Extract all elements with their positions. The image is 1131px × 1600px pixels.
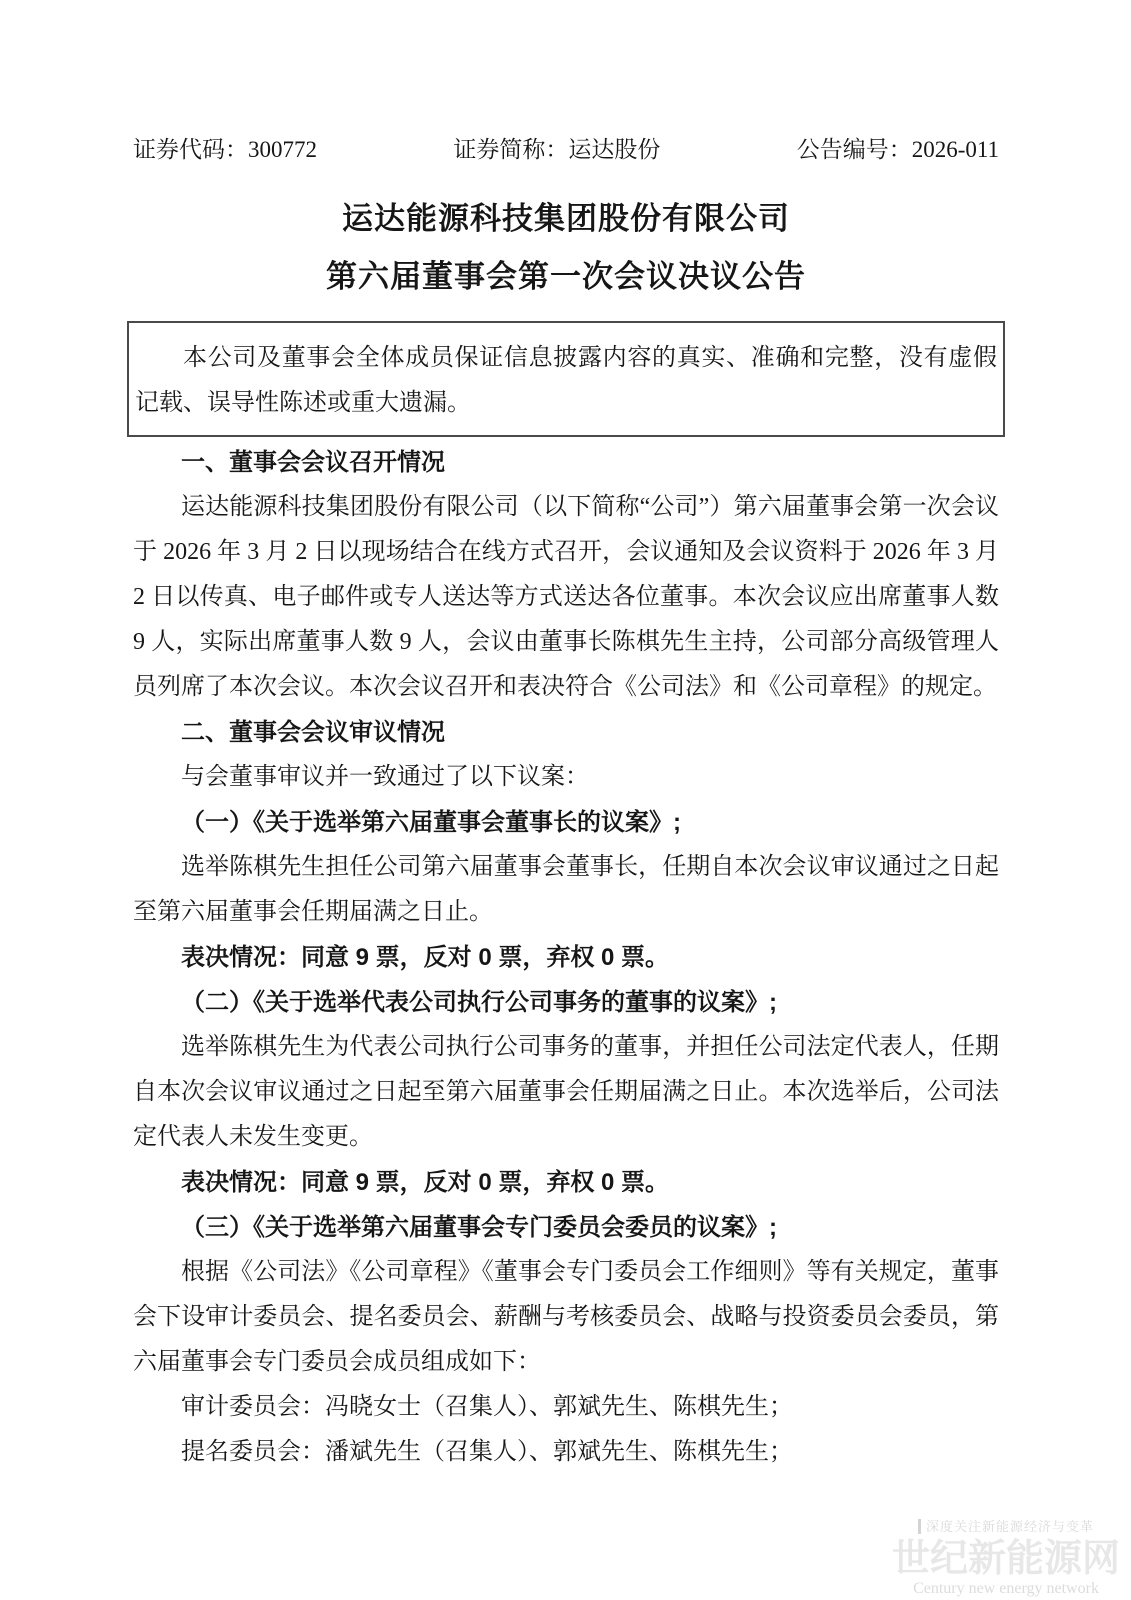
watermark-slogan: 深度关注新能源经济与变革	[918, 1519, 1094, 1534]
stock-code: 证券代码：300772	[133, 136, 317, 164]
committee-nomination-line: 提名委员会：潘斌先生（召集人）、郭斌先生、陈棋先生；	[133, 1430, 999, 1475]
section2-heading: 二、董事会会议审议情况	[133, 710, 999, 755]
document-header: 证券代码：300772 证券简称：运达股份 公告编号：2026-011	[133, 136, 999, 164]
item1-body: 选举陈棋先生担任公司第六届董事会董事长，任期自本次会议审议通过之日起至第六届董事…	[133, 845, 999, 935]
watermark-site-name: 世纪新能源网	[885, 1538, 1127, 1580]
disclaimer-text: 本公司及董事会全体成员保证信息披露内容的真实、准确和完整，没有虚假记载、误导性陈…	[135, 336, 997, 426]
watermark-english-name: Century new energy network	[885, 1580, 1127, 1598]
document-content: 证券代码：300772 证券简称：运达股份 公告编号：2026-011 运达能源…	[133, 0, 999, 1475]
watermark: 深度关注新能源经济与变革 世纪新能源网 Century new energy n…	[885, 1518, 1127, 1598]
committee-audit-line: 审计委员会：冯晓女士（召集人）、郭斌先生、陈棋先生；	[133, 1385, 999, 1430]
item3-body: 根据《公司法》《公司章程》《董事会专门委员会工作细则》等有关规定，董事会下设审计…	[133, 1250, 999, 1385]
item2-body: 选举陈棋先生为代表公司执行公司事务的董事，并担任公司法定代表人，任期自本次会议审…	[133, 1025, 999, 1160]
announcement-number: 公告编号：2026-011	[797, 136, 999, 164]
item2-vote-result: 表决情况：同意 9 票，反对 0 票，弃权 0 票。	[133, 1160, 999, 1205]
document-page: 证券代码：300772 证券简称：运达股份 公告编号：2026-011 运达能源…	[0, 0, 1131, 1600]
section1-paragraph: 运达能源科技集团股份有限公司（以下简称“公司”）第六届董事会第一次会议于 202…	[133, 485, 999, 710]
item1-vote-result: 表决情况：同意 9 票，反对 0 票，弃权 0 票。	[133, 935, 999, 980]
document-title: 第六届董事会第一次会议决议公告	[133, 258, 999, 296]
document-body: 一、董事会会议召开情况 运达能源科技集团股份有限公司（以下简称“公司”）第六届董…	[133, 440, 999, 1475]
section2-intro: 与会董事审议并一致通过了以下议案：	[133, 755, 999, 800]
stock-short-name: 证券简称：运达股份	[453, 136, 660, 164]
item3-title: （三）《关于选举第六届董事会专门委员会委员的议案》;	[133, 1205, 999, 1250]
disclaimer-box: 本公司及董事会全体成员保证信息披露内容的真实、准确和完整，没有虚假记载、误导性陈…	[127, 321, 1005, 437]
item1-title: （一）《关于选举第六届董事会董事长的议案》;	[133, 800, 999, 845]
company-title: 运达能源科技集团股份有限公司	[133, 200, 999, 238]
item2-title: （二）《关于选举代表公司执行公司事务的董事的议案》;	[133, 980, 999, 1025]
section1-heading: 一、董事会会议召开情况	[133, 440, 999, 485]
